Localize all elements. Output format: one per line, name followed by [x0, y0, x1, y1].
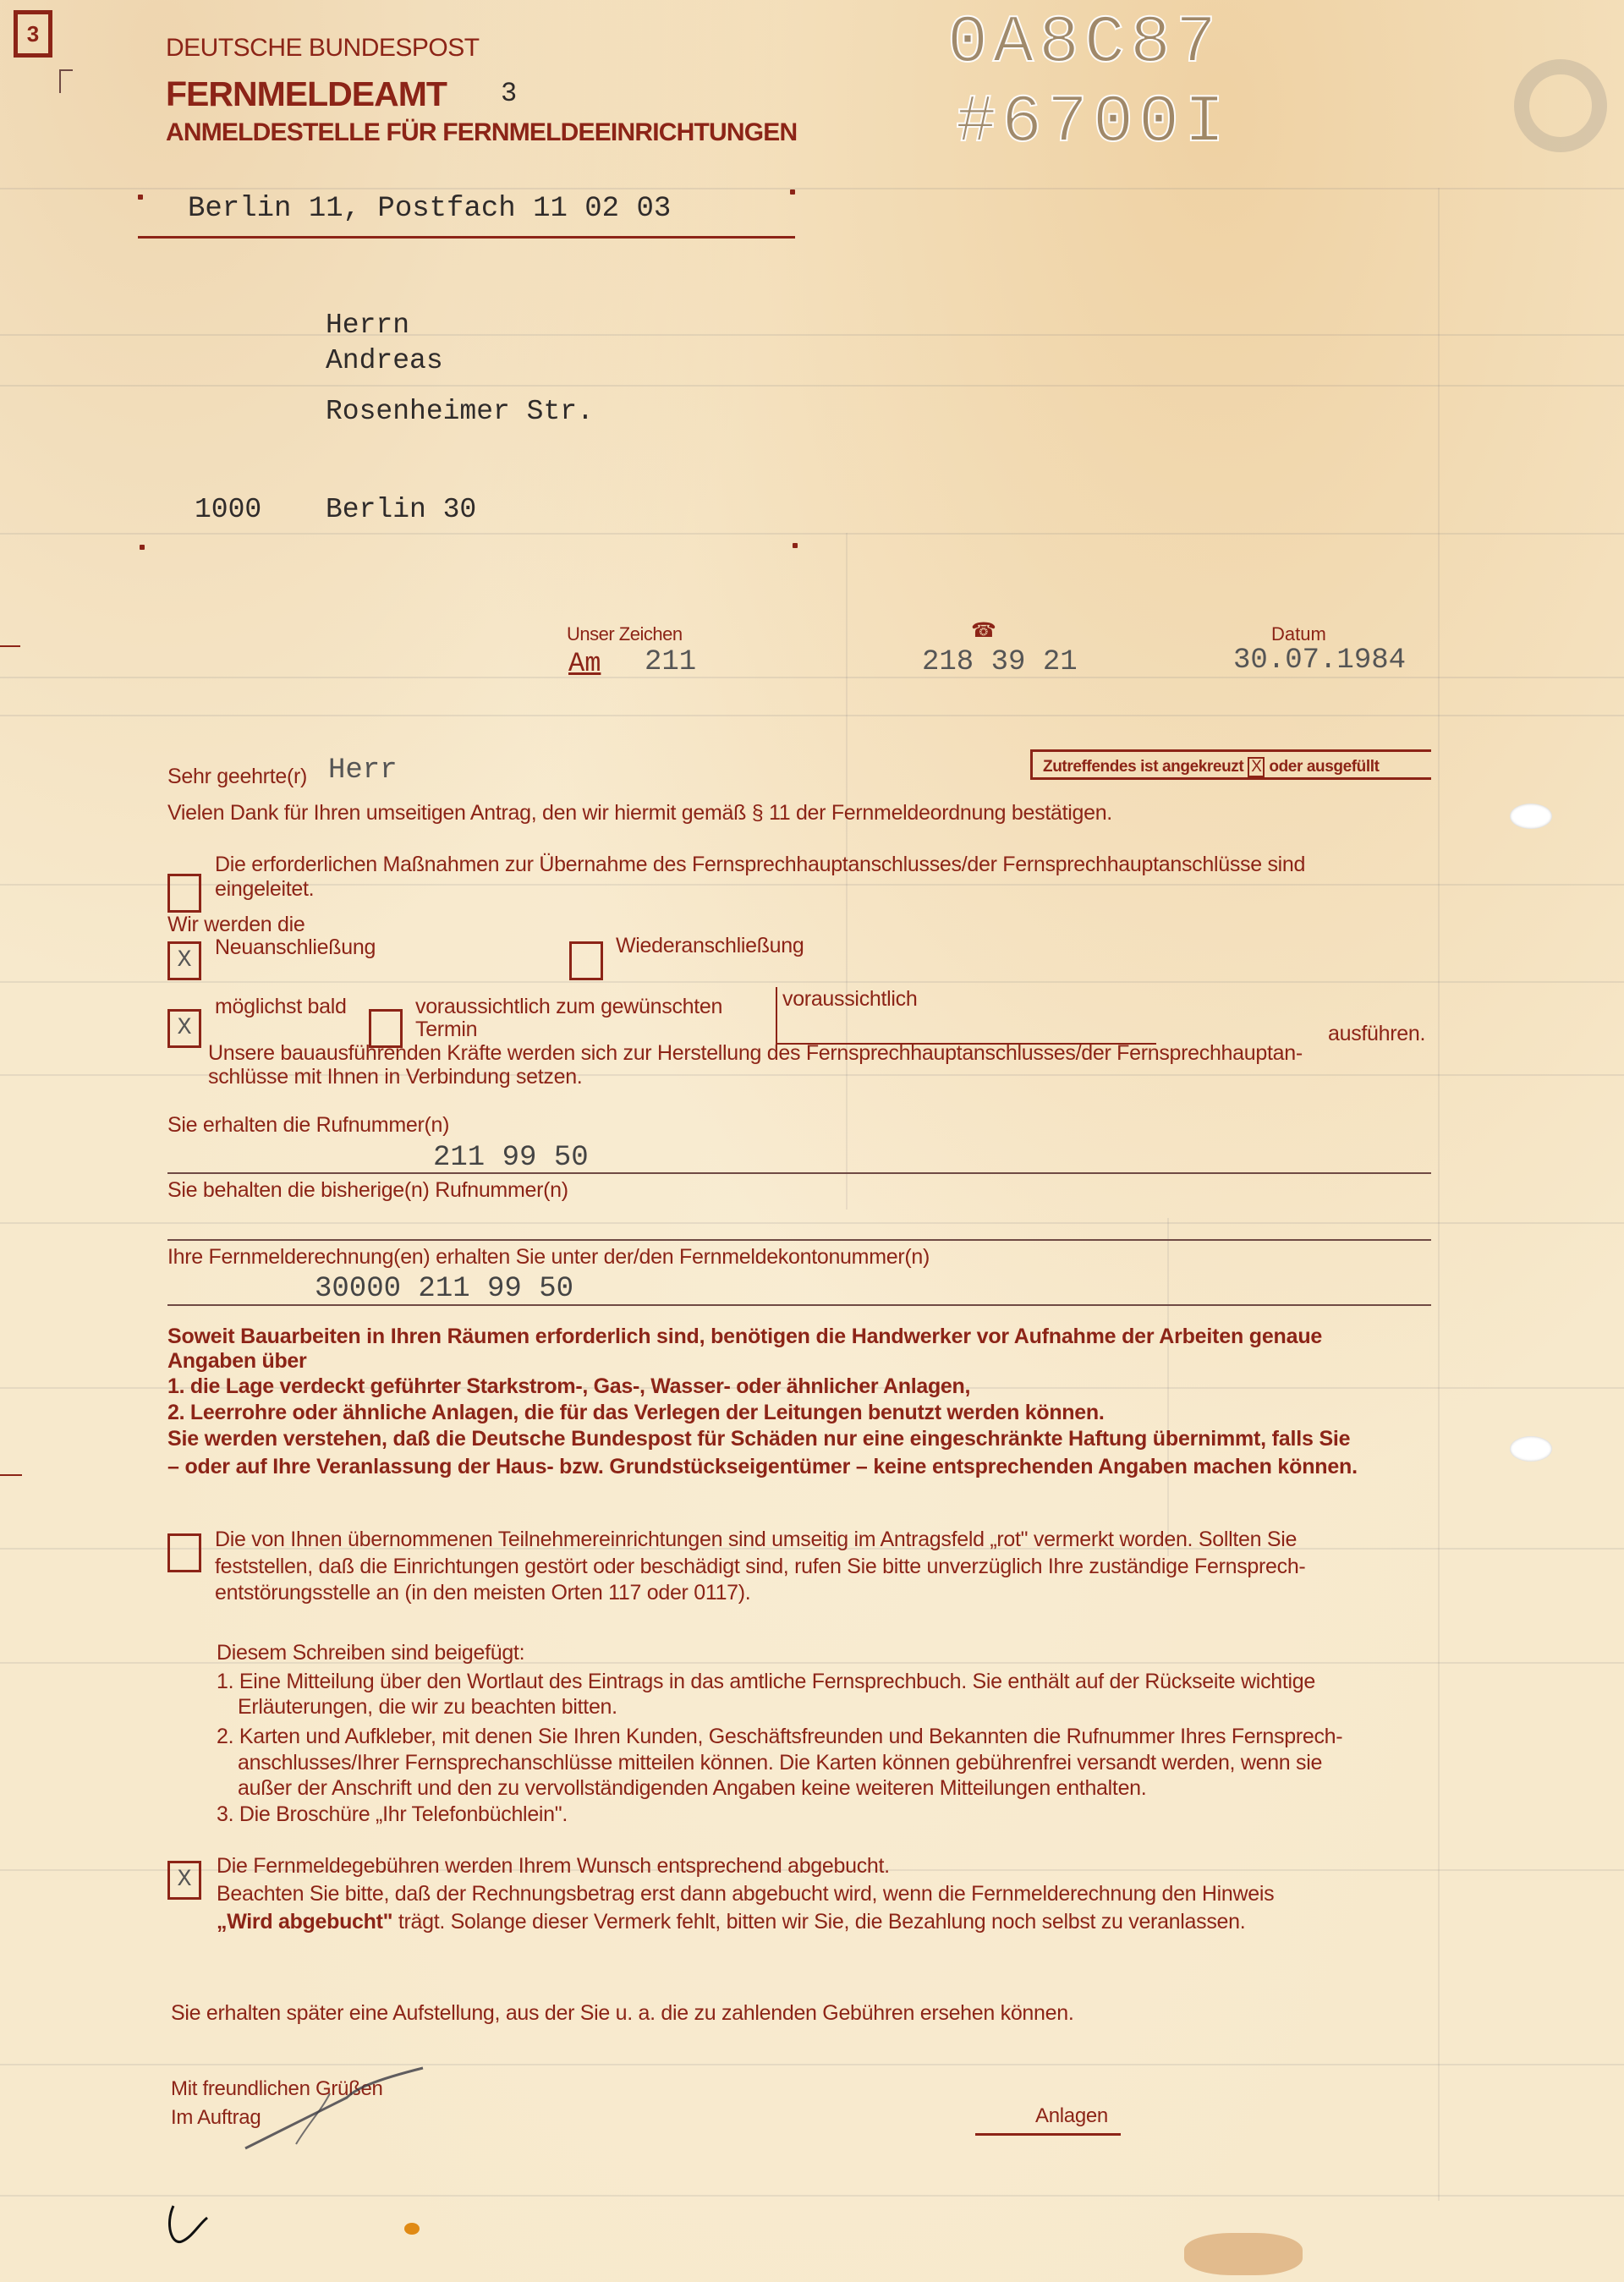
form-number-box: 3 [14, 10, 52, 58]
office-name: FERNMELDEAMT [166, 74, 447, 114]
asap-mark: X [178, 1015, 192, 1041]
window-mark-tl [138, 195, 143, 200]
fold-mark-top [0, 645, 20, 647]
debit-mark: X [178, 1867, 192, 1893]
closing-note: Sie erhalten später eine Aufstellung, au… [171, 2001, 1074, 2026]
recipient-postcode: 1000 [195, 494, 261, 525]
greeting-value: Herr [328, 754, 398, 787]
construction-line-1: Soweit Bauarbeiten in Ihren Räumen erfor… [167, 1325, 1322, 1349]
form-number: 3 [27, 21, 39, 47]
takeover-text-1: Die erforderlichen Maßnahmen zur Übernah… [215, 853, 1305, 877]
account-rule [167, 1304, 1431, 1306]
enclosure-1-line-1: 1. Eine Mitteilung über den Wortlaut des… [217, 1670, 1315, 1694]
construction-item-2: 2. Leerrohre oder ähnliche Anlagen, die … [167, 1401, 1105, 1425]
recipient-city: Berlin 30 [326, 494, 476, 525]
debit-checkbox[interactable]: X [167, 1861, 201, 1900]
our-reference-value: 211 [645, 646, 696, 678]
paper-stain [404, 2223, 420, 2235]
enclosure-1-line-2: Erläuterungen, die wir zu beachten bitte… [238, 1695, 617, 1720]
legend-box: Zutreffendes ist angekreuzt X oder ausge… [1030, 749, 1431, 780]
fold-mark-bottom [0, 1474, 22, 1476]
construction-line-3: Sie werden verstehen, daß die Deutsche B… [167, 1427, 1350, 1451]
account-value[interactable]: 30000 211 99 50 [315, 1273, 573, 1305]
reverse-side-logo-icon [1514, 59, 1607, 152]
equipment-checkbox[interactable] [167, 1533, 201, 1572]
enclosure-2-line-3: außer der Anschrift und den zu vervollst… [238, 1776, 1146, 1801]
enclosure-2-line-2: anschlusses/Ihrer Fernsprechanschlüsse m… [238, 1751, 1322, 1775]
followup-text-1: Unsere bauausführenden Kräfte werden sic… [208, 1041, 1303, 1066]
sender-address: Berlin 11, Postfach 11 02 03 [188, 193, 671, 225]
new-number-value[interactable]: 211 99 50 [433, 1142, 589, 1174]
requested-date-label-2: Termin [415, 1018, 477, 1042]
new-connection-label: Neuanschließung [215, 935, 376, 960]
telephone-icon: ☎ [971, 621, 996, 641]
construction-line-2: Angaben über [167, 1349, 306, 1374]
equipment-text-2: feststellen, daß die Einrichtungen gestö… [215, 1555, 1305, 1579]
debit-text-2: Beachten Sie bitte, daß der Rechnungsbet… [217, 1882, 1274, 1906]
estimate-field[interactable]: voraussichtlich [776, 987, 1156, 1045]
keep-number-rule [167, 1239, 1431, 1241]
date-label: Datum [1271, 623, 1326, 645]
enclosures-heading: Diesem Schreiben sind beigefügt: [217, 1641, 524, 1665]
enclosures-label: Anlagen [1035, 2104, 1108, 2128]
legend-text-after: oder ausgefüllt [1269, 758, 1379, 776]
enclosure-2-line-1: 2. Karten und Aufkleber, mit denen Sie I… [217, 1725, 1342, 1749]
debit-note-bold: „Wird abgebucht" [217, 1910, 392, 1934]
construction-line-4: – oder auf Ihre Veranlassung der Haus- b… [167, 1455, 1358, 1479]
debit-text-3: „Wird abgebucht" trägt. Solange dieser V… [217, 1910, 1245, 1934]
tape-residue [1184, 2233, 1303, 2275]
sender-address-rule [138, 236, 795, 239]
followup-text-2: schlüsse mit Ihnen in Verbindung setzen. [208, 1065, 582, 1089]
new-number-rule [167, 1172, 1431, 1174]
window-mark-bl [140, 545, 145, 550]
enclosure-3: 3. Die Broschüre „Ihr Telefonbüchlein". [217, 1802, 568, 1827]
recipient-salutation: Herrn [326, 310, 409, 341]
new-connection-checkbox[interactable]: X [167, 941, 201, 980]
date-value: 30.07.1984 [1233, 645, 1406, 677]
debit-note-rest: trägt. Solange dieser Vermerk fehlt, bit… [392, 1910, 1245, 1934]
takeover-text-2: eingeleitet. [215, 877, 314, 902]
our-reference-label: Unser Zeichen [567, 623, 683, 645]
keep-number-label: Sie behalten die bisherige(n) Rufnummer(… [167, 1178, 568, 1203]
punch-hole-top [1510, 804, 1552, 829]
debit-text-1: Die Fernmeldegebühren werden Ihrem Wunsc… [217, 1854, 890, 1879]
org-name: DEUTSCHE BUNDESPOST [166, 34, 480, 63]
enclosures-rule [975, 2133, 1121, 2136]
our-reference-prefix: Am [568, 648, 601, 679]
window-mark-br [793, 543, 798, 548]
corner-mark [59, 69, 73, 93]
initials-mark-icon [165, 2199, 216, 2250]
takeover-checkbox[interactable] [167, 874, 201, 913]
reconnection-label: Wiederanschließung [616, 934, 804, 958]
greeting-label: Sehr geehrte(r) [167, 765, 307, 789]
recipient-street: Rosenheimer Str. [326, 396, 594, 427]
asap-label: möglichst bald [215, 995, 347, 1019]
requested-date-label-1: voraussichtlich zum gewünschten [415, 995, 722, 1019]
estimate-label: voraussichtlich [782, 987, 917, 1012]
intro-text: Vielen Dank für Ihren umseitigen Antrag,… [167, 801, 1112, 826]
construction-item-1: 1. die Lage verdeckt geführter Starkstro… [167, 1374, 970, 1399]
legend-box-bottom [1030, 777, 1431, 780]
legend-text-before: Zutreffendes ist angekreuzt [1043, 758, 1243, 776]
perforated-number: 0A8C87 [947, 5, 1221, 82]
asap-checkbox[interactable]: X [167, 1009, 201, 1048]
legend-mark: X [1248, 757, 1265, 777]
window-mark-tr [790, 189, 795, 195]
office-department: ANMELDESTELLE FÜR FERNMELDEEINRICHTUNGEN [166, 118, 797, 147]
recipient-name: Andreas [326, 345, 443, 376]
connection-intro: Wir werden die [167, 913, 305, 937]
reconnection-checkbox[interactable] [569, 941, 603, 980]
estimate-suffix: ausführen. [1328, 1022, 1425, 1046]
account-label: Ihre Fernmelderechnung(en) erhalten Sie … [167, 1245, 930, 1270]
perforated-number-2: #6700I [956, 85, 1230, 162]
new-number-label: Sie erhalten die Rufnummer(n) [167, 1113, 449, 1138]
equipment-text-3: entstörungsstelle an (in den meisten Ort… [215, 1581, 750, 1605]
office-number: 3 [501, 78, 517, 109]
phone-number: 218 39 21 [922, 646, 1078, 678]
signature-icon [228, 2064, 431, 2157]
equipment-text-1: Die von Ihnen übernommenen Teilnehmerein… [215, 1528, 1297, 1552]
new-connection-mark: X [178, 947, 192, 974]
punch-hole-bottom [1510, 1436, 1552, 1462]
